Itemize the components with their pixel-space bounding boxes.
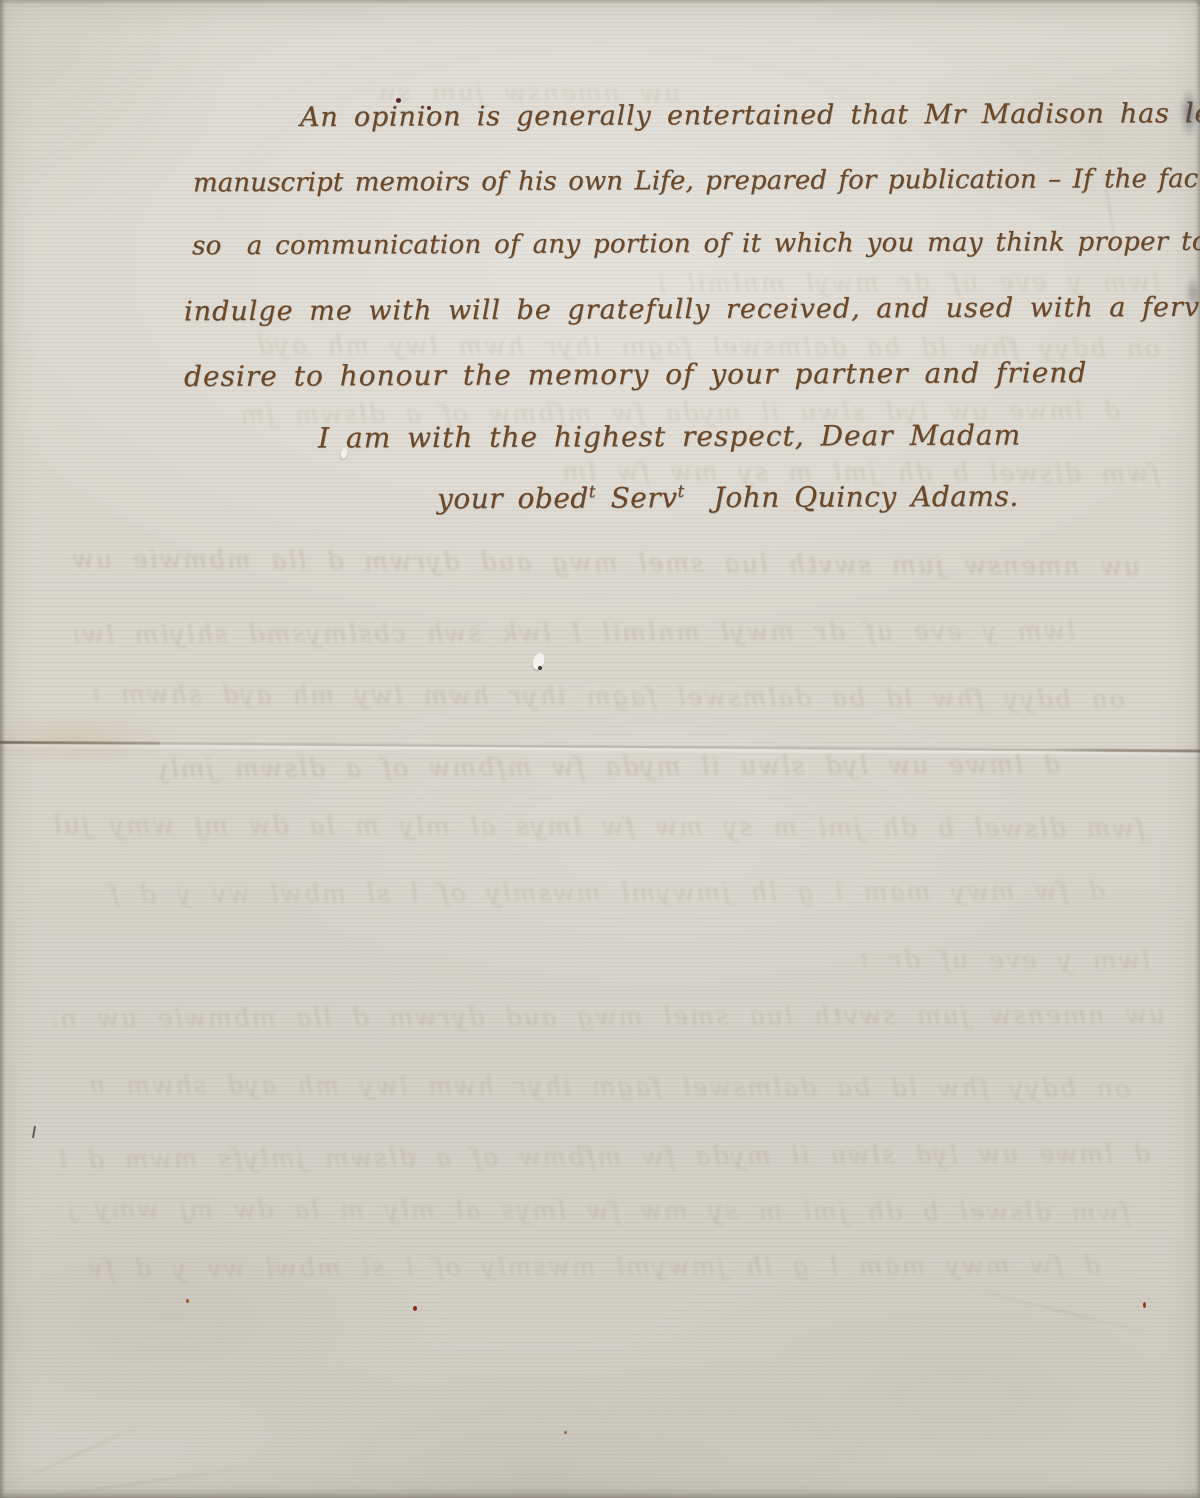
paper-sheet: uw nmensw jum swvth lua smel mwg aud dyr… xyxy=(0,0,1200,1498)
scan-edge-vignette xyxy=(0,0,1200,1498)
